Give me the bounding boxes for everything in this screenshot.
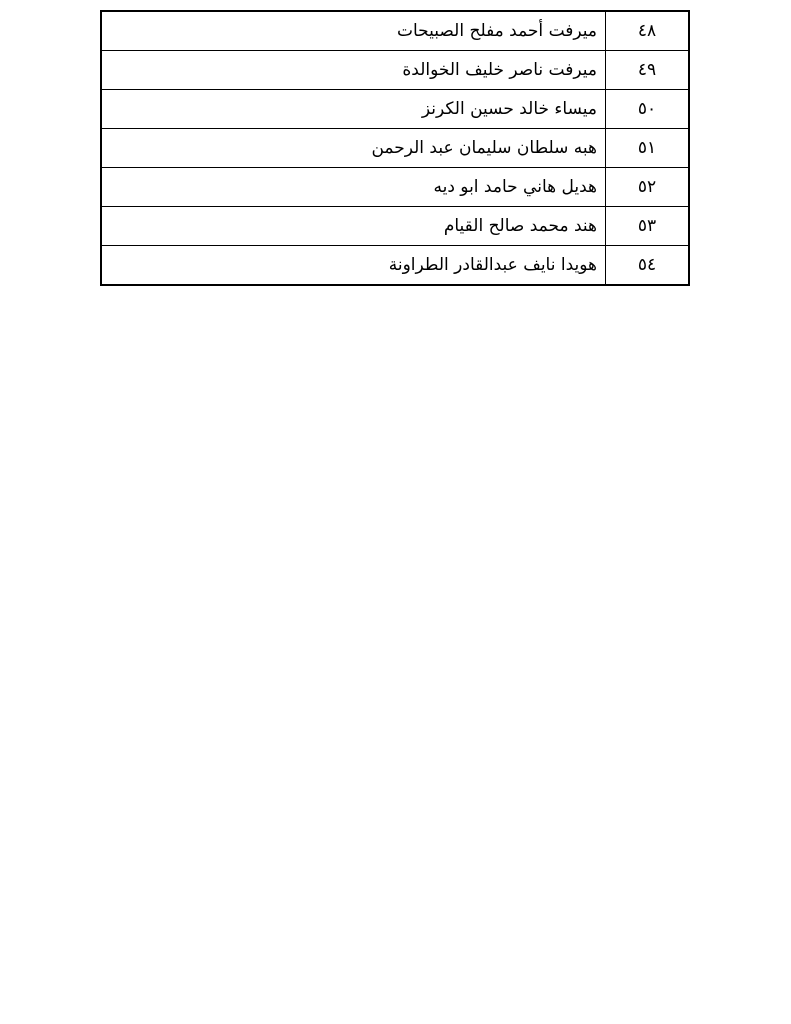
names-roster-table: ٤٨ ميرفت أحمد مفلح الصبيحات ٤٩ ميرفت ناص…	[100, 10, 690, 286]
row-name-cell: هبه سلطان سليمان عبد الرحمن	[101, 129, 606, 168]
table-row: ٥١ هبه سلطان سليمان عبد الرحمن	[101, 129, 689, 168]
row-name-cell: ميساء خالد حسين الكرنز	[101, 90, 606, 129]
table-row: ٤٨ ميرفت أحمد مفلح الصبيحات	[101, 11, 689, 51]
row-name-cell: ميرفت ناصر خليف الخوالدة	[101, 51, 606, 90]
row-number-cell: ٥١	[606, 129, 690, 168]
document-page: ٤٨ ميرفت أحمد مفلح الصبيحات ٤٩ ميرفت ناص…	[0, 0, 791, 1024]
row-name-cell: ميرفت أحمد مفلح الصبيحات	[101, 11, 606, 51]
table-row: ٥٣ هند محمد صالح القيام	[101, 207, 689, 246]
row-number-cell: ٥٠	[606, 90, 690, 129]
table-row: ٤٩ ميرفت ناصر خليف الخوالدة	[101, 51, 689, 90]
row-number-cell: ٥٣	[606, 207, 690, 246]
row-name-cell: هويدا نايف عبدالقادر الطراونة	[101, 246, 606, 286]
names-roster-table-body: ٤٨ ميرفت أحمد مفلح الصبيحات ٤٩ ميرفت ناص…	[101, 11, 689, 285]
table-row: ٥٢ هديل هاني حامد ابو ديه	[101, 168, 689, 207]
row-number-cell: ٤٨	[606, 11, 690, 51]
row-name-cell: هند محمد صالح القيام	[101, 207, 606, 246]
table-row: ٥٠ ميساء خالد حسين الكرنز	[101, 90, 689, 129]
row-number-cell: ٥٤	[606, 246, 690, 286]
row-number-cell: ٥٢	[606, 168, 690, 207]
table-row: ٥٤ هويدا نايف عبدالقادر الطراونة	[101, 246, 689, 286]
row-number-cell: ٤٩	[606, 51, 690, 90]
row-name-cell: هديل هاني حامد ابو ديه	[101, 168, 606, 207]
